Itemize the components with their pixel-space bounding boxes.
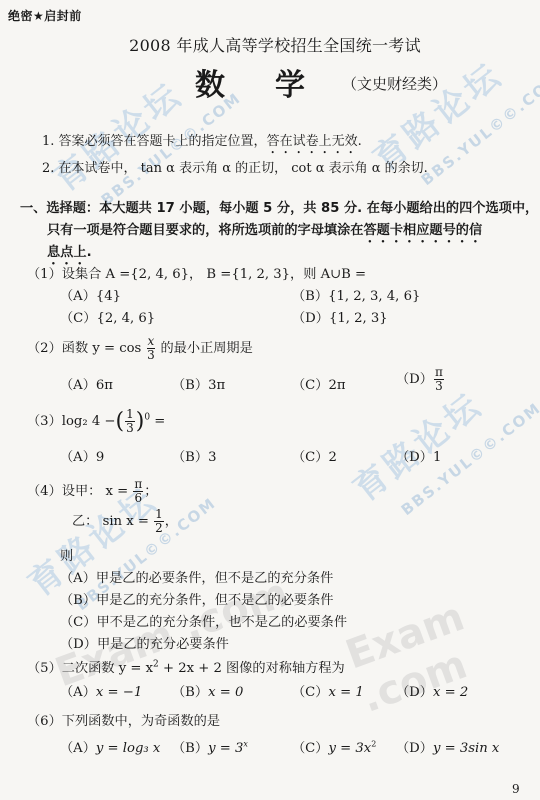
subject-category: （文史财经类） bbox=[342, 73, 447, 94]
question-number: （2） bbox=[27, 341, 62, 356]
fraction-numerator: x bbox=[147, 335, 156, 349]
question-number: （5） bbox=[27, 661, 62, 676]
q3-option-d[interactable]: （D）1 bbox=[396, 446, 441, 465]
question-text: + 2x + 2 图像的对称轴方程为 bbox=[159, 661, 345, 676]
fraction-denominator: 3 bbox=[126, 422, 134, 435]
option-label: （B） bbox=[172, 741, 208, 756]
question-1-stem: （1）设集合 A ={2, 4, 6}， B ={1, 2, 3}，则 A∪B … bbox=[27, 263, 366, 282]
note-number: 1. bbox=[42, 134, 54, 149]
question-3-stem: （3）log₂ 4 −(13)0 = bbox=[27, 408, 165, 435]
q6-option-d[interactable]: （D）y = 3sin x bbox=[396, 737, 499, 756]
option-text: x = 1 bbox=[328, 685, 363, 700]
exponent: 2 bbox=[371, 740, 376, 749]
q2-option-b[interactable]: （B）3π bbox=[172, 374, 225, 393]
q2-option-d[interactable]: （D）π3 bbox=[396, 366, 445, 393]
q1-option-a[interactable]: （A）{4} bbox=[60, 285, 121, 304]
option-text: 甲是乙的充分条件，但不是乙的必要条件 bbox=[96, 593, 333, 608]
watermark-cn: 育路论坛 bbox=[341, 378, 491, 510]
option-text: {2, 4, 6} bbox=[96, 311, 155, 326]
section-emphasis: 答题卡相应题号的信 bbox=[364, 223, 483, 238]
option-label: （A） bbox=[60, 685, 96, 700]
option-text: y = 3 bbox=[208, 741, 243, 756]
option-text: x = −1 bbox=[96, 685, 142, 700]
exponent: 0 bbox=[144, 413, 150, 423]
option-label: （B） bbox=[60, 593, 96, 608]
option-label: （D） bbox=[396, 372, 433, 387]
option-label: （D） bbox=[292, 311, 329, 326]
question-text: 设集合 A ={2, 4, 6}， B ={1, 2, 3}，则 A∪B = bbox=[62, 267, 366, 282]
option-text: 甲不是乙的充分条件，也不是乙的必要条件 bbox=[96, 615, 347, 630]
fraction-numerator: π bbox=[434, 366, 444, 380]
option-text: 2π bbox=[328, 378, 345, 393]
fraction: 13 bbox=[125, 408, 135, 435]
option-text: {4} bbox=[96, 289, 121, 304]
question-2-stem: （2）函数 y = cos x3 的最小正周期是 bbox=[27, 335, 253, 362]
option-text: {1, 2, 3} bbox=[329, 311, 388, 326]
option-label: （C） bbox=[292, 450, 328, 465]
subject-char-1: 数 bbox=[195, 68, 225, 103]
q5-option-d[interactable]: （D）x = 2 bbox=[396, 681, 468, 700]
option-label: （B） bbox=[172, 450, 208, 465]
question-number: （4） bbox=[27, 484, 62, 499]
question-5-stem: （5）二次函数 y = x2 + 2x + 2 图像的对称轴方程为 bbox=[27, 657, 345, 676]
question-text: 二次函数 y = x bbox=[62, 661, 153, 676]
note-1: 1. 答案必须答在答题卡上的指定位置，答在试卷上无效. bbox=[42, 130, 362, 157]
option-label: （D） bbox=[60, 637, 97, 652]
question-text: log₂ 4 − bbox=[62, 414, 116, 429]
q6-option-a[interactable]: （A）y = log₃ x bbox=[60, 737, 160, 756]
option-text: 甲是乙的必要条件，但不是乙的充分条件 bbox=[96, 571, 333, 586]
option-label: （A） bbox=[60, 741, 96, 756]
option-label: （D） bbox=[396, 741, 433, 756]
q4-option-a[interactable]: （A）甲是乙的必要条件，但不是乙的充分条件 bbox=[60, 567, 333, 586]
exponent: x bbox=[243, 740, 248, 749]
option-label: （D） bbox=[396, 450, 433, 465]
q1-option-b[interactable]: （B）{1, 2, 3, 4, 6} bbox=[292, 285, 420, 304]
subject-char-2: 学 bbox=[275, 68, 305, 103]
q3-option-a[interactable]: （A）9 bbox=[60, 446, 104, 465]
option-text: 9 bbox=[96, 450, 104, 465]
q1-option-d[interactable]: （D）{1, 2, 3} bbox=[292, 307, 388, 326]
exam-page: 育路论坛 BBS.YUL©©.COM 育路论坛 BBS.YUL©©.COM 育路… bbox=[0, 0, 540, 800]
question-text: = bbox=[154, 414, 165, 429]
question-4-condition-2: 乙： sin x = 12， bbox=[72, 508, 178, 535]
fraction: x3 bbox=[147, 335, 156, 362]
option-label: （B） bbox=[172, 685, 208, 700]
question-text: 的最小正周期是 bbox=[161, 341, 253, 356]
section-emphasis: 息点上 bbox=[47, 245, 87, 260]
fraction-denominator: 6 bbox=[135, 492, 143, 505]
question-4-then: 则 bbox=[60, 545, 73, 564]
option-label: （C） bbox=[292, 378, 328, 393]
fraction-numerator: 1 bbox=[154, 508, 164, 522]
note-number: 2. bbox=[42, 161, 54, 176]
note-emphasis: 答在试卷上无效 bbox=[267, 134, 358, 149]
q6-option-b[interactable]: （B）y = 3x bbox=[172, 737, 248, 756]
section-text: 只有一项是符合题目要求的，将所选项前的字母填涂在 bbox=[47, 223, 364, 238]
question-text: 乙： sin x = bbox=[72, 514, 149, 529]
question-text: 函数 y = cos bbox=[62, 341, 142, 356]
question-text: ， bbox=[165, 514, 178, 529]
note-text: 在本试卷中， tan α 表示角 α 的正切， cot α 表示角 α 的余切. bbox=[59, 161, 428, 176]
option-text: x = 0 bbox=[208, 685, 243, 700]
q3-option-c[interactable]: （C）2 bbox=[292, 446, 337, 465]
option-label: （A） bbox=[60, 571, 96, 586]
fraction-numerator: π bbox=[133, 478, 143, 492]
page-number: 9 bbox=[512, 782, 520, 796]
question-text: 下列函数中，为奇函数的是 bbox=[62, 714, 220, 729]
fraction-denominator: 2 bbox=[155, 522, 163, 535]
q2-option-a[interactable]: （A）6π bbox=[60, 374, 113, 393]
note-end: . bbox=[358, 134, 362, 149]
fraction-denominator: 3 bbox=[435, 380, 443, 393]
question-number: （6） bbox=[27, 714, 62, 729]
note-2: 2. 在本试卷中， tan α 表示角 α 的正切， cot α 表示角 α 的… bbox=[42, 157, 428, 176]
option-label: （C） bbox=[60, 615, 96, 630]
q3-option-b[interactable]: （B）3 bbox=[172, 446, 216, 465]
q6-option-c[interactable]: （C）y = 3x2 bbox=[292, 737, 376, 756]
option-text: y = 3sin x bbox=[433, 741, 499, 756]
option-text: 6π bbox=[96, 378, 113, 393]
q5-option-b[interactable]: （B）x = 0 bbox=[172, 681, 243, 700]
option-text: 甲是乙的充分必要条件 bbox=[97, 637, 229, 652]
question-number: （3） bbox=[27, 414, 62, 429]
q5-option-a[interactable]: （A）x = −1 bbox=[60, 681, 142, 700]
q5-option-c[interactable]: （C）x = 1 bbox=[292, 681, 364, 700]
confidential-label: 绝密★启封前 bbox=[8, 7, 82, 24]
left-paren: ( bbox=[115, 409, 124, 434]
fraction: π3 bbox=[434, 366, 444, 393]
option-text: 1 bbox=[433, 450, 441, 465]
q4-option-d[interactable]: （D）甲是乙的充分必要条件 bbox=[60, 633, 229, 652]
note-text: 答案必须答在答题卡上的指定位置， bbox=[59, 134, 267, 149]
question-text: ； bbox=[144, 484, 157, 499]
question-4-stem: （4）设甲： x = π6； bbox=[27, 478, 157, 505]
option-text: y = 3x bbox=[328, 741, 371, 756]
option-label: （B） bbox=[292, 289, 328, 304]
option-text: 3π bbox=[208, 378, 225, 393]
option-label: （C） bbox=[60, 311, 96, 326]
option-text: {1, 2, 3, 4, 6} bbox=[328, 289, 420, 304]
option-label: （A） bbox=[60, 289, 96, 304]
question-6-stem: （6）下列函数中，为奇函数的是 bbox=[27, 710, 220, 729]
option-label: （A） bbox=[60, 378, 96, 393]
question-number: （1） bbox=[27, 267, 62, 282]
option-label: （D） bbox=[396, 685, 433, 700]
option-label: （A） bbox=[60, 450, 96, 465]
option-label: （C） bbox=[292, 685, 328, 700]
option-label: （C） bbox=[292, 741, 328, 756]
fraction-numerator: 1 bbox=[125, 408, 135, 422]
q1-option-c[interactable]: （C）{2, 4, 6} bbox=[60, 307, 155, 326]
section-heading-line-1: 一、选择题：本大题共 17 小题，每小题 5 分，共 85 分. 在每小题给出的… bbox=[20, 198, 538, 220]
q4-option-b[interactable]: （B）甲是乙的充分条件，但不是乙的必要条件 bbox=[60, 589, 333, 608]
q2-option-c[interactable]: （C）2π bbox=[292, 374, 346, 393]
question-text: 设甲： x = bbox=[62, 484, 128, 499]
option-text: y = log₃ x bbox=[96, 741, 160, 756]
fraction-denominator: 3 bbox=[147, 349, 155, 362]
fraction: 12 bbox=[154, 508, 164, 535]
subject-title: 数学 bbox=[195, 60, 305, 104]
section-text: . bbox=[87, 245, 92, 260]
option-text: x = 2 bbox=[433, 685, 468, 700]
option-text: 3 bbox=[208, 450, 216, 465]
fraction: π6 bbox=[133, 478, 143, 505]
q4-option-c[interactable]: （C）甲不是乙的充分条件，也不是乙的必要条件 bbox=[60, 611, 347, 630]
option-label: （B） bbox=[172, 378, 208, 393]
option-text: 2 bbox=[328, 450, 336, 465]
section-heading-line-2: 只有一项是符合题目要求的，将所选项前的字母填涂在答题卡相应题号的信 bbox=[47, 220, 482, 246]
exam-title: 2008 年成人高等学校招生全国统一考试 bbox=[0, 33, 540, 56]
